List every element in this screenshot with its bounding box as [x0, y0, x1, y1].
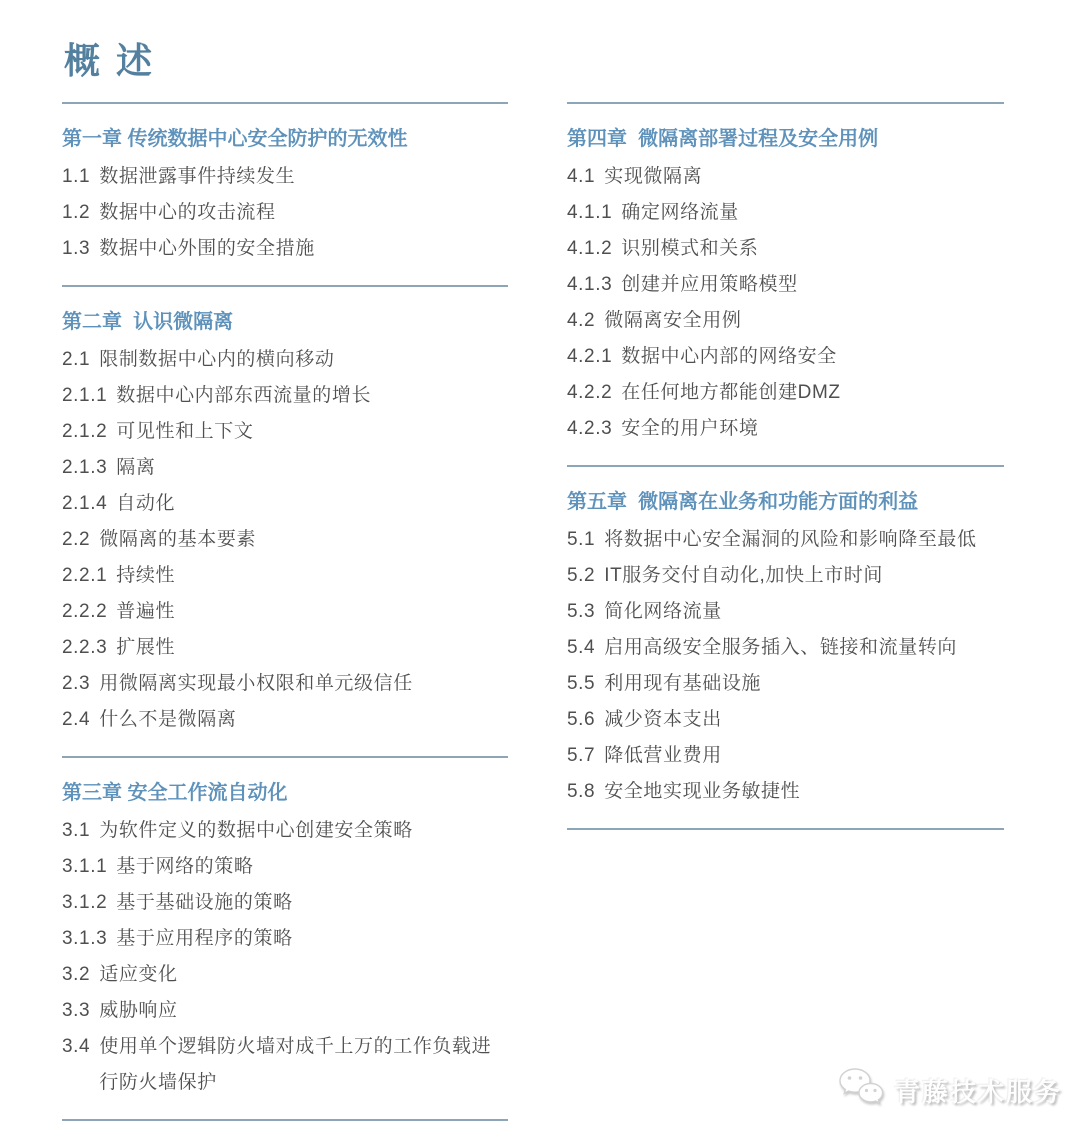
toc-item-number: 3.1 [62, 813, 90, 849]
toc-item-text: 威胁响应 [99, 993, 508, 1029]
toc-item-number: 3.2 [62, 957, 90, 993]
section-divider [62, 1119, 508, 1121]
toc-item-text: 将数据中心安全漏洞的风险和影响降至最低 [604, 522, 1004, 558]
toc-item: 3.1.1基于网络的策略 [62, 849, 508, 885]
chapter-5: 第五章 微隔离在业务和功能方面的利益5.1将数据中心安全漏洞的风险和影响降至最低… [567, 489, 1004, 830]
toc-item-text: 数据中心的攻击流程 [99, 195, 508, 231]
toc-item-number: 4.1.3 [567, 267, 612, 303]
toc-item-number: 1.2 [62, 195, 90, 231]
right-column-chapters: 第四章 微隔离部署过程及安全用例4.1实现微隔离4.1.1确定网络流量4.1.2… [567, 126, 1004, 830]
toc-item-text: 扩展性 [116, 630, 508, 666]
toc-item-text: 限制数据中心内的横向移动 [99, 342, 508, 378]
toc-item-text: 安全地实现业务敏捷性 [604, 774, 1004, 810]
toc-item-number: 3.4 [62, 1029, 90, 1101]
toc-item: 4.2.1数据中心内部的网络安全 [567, 339, 1004, 375]
toc-item-text: 什么不是微隔离 [99, 702, 508, 738]
chapter-title: 第二章 认识微隔离 [62, 309, 508, 336]
toc-item-number: 4.2 [567, 303, 595, 339]
toc-right-column: 第四章 微隔离部署过程及安全用例4.1实现微隔离4.1.1确定网络流量4.1.2… [567, 102, 1004, 830]
toc-item: 5.7降低营业费用 [567, 738, 1004, 774]
brand-name: 青藤技术服务 [894, 1072, 1062, 1109]
toc-item: 4.2.2在任何地方都能创建DMZ [567, 375, 1004, 411]
wechat-icon [838, 1067, 884, 1114]
toc-item: 3.4使用单个逻辑防火墙对成千上万的工作负载进行防火墙保护 [62, 1029, 508, 1101]
toc-item-number: 5.1 [567, 522, 595, 558]
toc-item-number: 1.1 [62, 159, 90, 195]
toc-item-text: 实现微隔离 [604, 159, 1004, 195]
toc-item-text: 利用现有基础设施 [604, 666, 1004, 702]
toc-item-number: 5.2 [567, 558, 595, 594]
toc-item-number: 4.1 [567, 159, 595, 195]
toc-item: 1.3数据中心外围的安全措施 [62, 231, 508, 267]
toc-item-text: 使用单个逻辑防火墙对成千上万的工作负载进行防火墙保护 [99, 1029, 508, 1101]
toc-item-text: 简化网络流量 [604, 594, 1004, 630]
toc-item-text: 安全的用户环境 [621, 411, 1004, 447]
toc-item: 2.1.4自动化 [62, 486, 508, 522]
toc-item-number: 4.2.3 [567, 411, 612, 447]
toc-item-text: 数据中心外围的安全措施 [99, 231, 508, 267]
toc-item-text: 持续性 [116, 558, 508, 594]
toc-item-number: 2.2 [62, 522, 90, 558]
chapter-title: 第五章 微隔离在业务和功能方面的利益 [567, 489, 1004, 516]
toc-item: 5.5利用现有基础设施 [567, 666, 1004, 702]
toc-item-number: 2.1 [62, 342, 90, 378]
toc-item-text: 降低营业费用 [604, 738, 1004, 774]
toc-item: 2.3用微隔离实现最小权限和单元级信任 [62, 666, 508, 702]
toc-item: 2.1限制数据中心内的横向移动 [62, 342, 508, 378]
toc-item: 3.3威胁响应 [62, 993, 508, 1029]
chapter-title: 第四章 微隔离部署过程及安全用例 [567, 126, 1004, 153]
toc-item-number: 5.7 [567, 738, 595, 774]
toc-item: 1.1数据泄露事件持续发生 [62, 159, 508, 195]
page-title: 概 述 [64, 38, 1080, 84]
toc-item: 4.2.3安全的用户环境 [567, 411, 1004, 447]
toc-item-text: 基于网络的策略 [116, 849, 508, 885]
toc-item-text: 减少资本支出 [604, 702, 1004, 738]
toc-item-number: 5.3 [567, 594, 595, 630]
toc-item: 4.2微隔离安全用例 [567, 303, 1004, 339]
chapter-1: 第一章 传统数据中心安全防护的无效性1.1数据泄露事件持续发生1.2数据中心的攻… [62, 126, 508, 287]
toc-item-number: 5.8 [567, 774, 595, 810]
section-divider [567, 465, 1004, 467]
toc-item-number: 2.1.3 [62, 450, 107, 486]
left-column-top-divider [62, 102, 508, 104]
toc-item-number: 2.4 [62, 702, 90, 738]
toc-item-number: 4.1.1 [567, 195, 612, 231]
toc-item-number: 4.2.1 [567, 339, 612, 375]
toc-item: 4.1.3创建并应用策略模型 [567, 267, 1004, 303]
toc-item: 2.2.1持续性 [62, 558, 508, 594]
toc-left-column: 第一章 传统数据中心安全防护的无效性1.1数据泄露事件持续发生1.2数据中心的攻… [62, 102, 508, 1121]
toc-item: 5.3简化网络流量 [567, 594, 1004, 630]
toc-item-text: 隔离 [116, 450, 508, 486]
toc-item-number: 3.1.1 [62, 849, 107, 885]
toc-item: 4.1实现微隔离 [567, 159, 1004, 195]
toc-item: 3.1为软件定义的数据中心创建安全策略 [62, 813, 508, 849]
toc-item-number: 3.1.3 [62, 921, 107, 957]
toc-item-text: 普遍性 [116, 594, 508, 630]
toc-item-text: 确定网络流量 [621, 195, 1004, 231]
left-column-chapters: 第一章 传统数据中心安全防护的无效性1.1数据泄露事件持续发生1.2数据中心的攻… [62, 126, 508, 1121]
section-divider [567, 828, 1004, 830]
toc-item-text: 基于基础设施的策略 [116, 885, 508, 921]
toc-item: 5.8安全地实现业务敏捷性 [567, 774, 1004, 810]
toc-item-number: 3.1.2 [62, 885, 107, 921]
toc-item-text: 识别模式和关系 [621, 231, 1004, 267]
toc-item: 4.1.1确定网络流量 [567, 195, 1004, 231]
toc-item-text: 数据泄露事件持续发生 [99, 159, 508, 195]
toc-item-text: 用微隔离实现最小权限和单元级信任 [99, 666, 508, 702]
toc-item: 4.1.2识别模式和关系 [567, 231, 1004, 267]
toc-item-text: 微隔离的基本要素 [99, 522, 508, 558]
toc-item: 2.2.2普遍性 [62, 594, 508, 630]
toc-item: 3.2适应变化 [62, 957, 508, 993]
toc-item: 5.2IT服务交付自动化,加快上市时间 [567, 558, 1004, 594]
toc-item-number: 2.2.1 [62, 558, 107, 594]
toc-item: 1.2数据中心的攻击流程 [62, 195, 508, 231]
toc-item: 5.1将数据中心安全漏洞的风险和影响降至最低 [567, 522, 1004, 558]
chapter-3: 第三章 安全工作流自动化3.1为软件定义的数据中心创建安全策略3.1.1基于网络… [62, 780, 508, 1121]
toc-item: 3.1.2基于基础设施的策略 [62, 885, 508, 921]
toc-item: 2.1.2可见性和上下文 [62, 414, 508, 450]
toc-item-number: 2.2.3 [62, 630, 107, 666]
toc-item-number: 2.1.4 [62, 486, 107, 522]
toc-item-text: 适应变化 [99, 957, 508, 993]
toc-item-text: 自动化 [116, 486, 508, 522]
toc-item-text: 启用高级安全服务插入、链接和流量转向 [604, 630, 1004, 666]
toc-item-number: 5.6 [567, 702, 595, 738]
toc-item: 5.4启用高级安全服务插入、链接和流量转向 [567, 630, 1004, 666]
toc-item-text: 数据中心内部的网络安全 [621, 339, 1004, 375]
toc-item: 3.1.3基于应用程序的策略 [62, 921, 508, 957]
toc-item: 2.2微隔离的基本要素 [62, 522, 508, 558]
brand-watermark: 青藤技术服务 [838, 1067, 1062, 1114]
toc-item-number: 4.1.2 [567, 231, 612, 267]
toc-item-number: 5.4 [567, 630, 595, 666]
toc-item-text: 可见性和上下文 [116, 414, 508, 450]
toc-item-text: 微隔离安全用例 [604, 303, 1004, 339]
section-divider [62, 285, 508, 287]
toc-item-text: 创建并应用策略模型 [621, 267, 1004, 303]
right-column-top-divider [567, 102, 1004, 104]
toc-item-text: IT服务交付自动化,加快上市时间 [604, 558, 1004, 594]
toc-item-number: 1.3 [62, 231, 90, 267]
toc-item-number: 3.3 [62, 993, 90, 1029]
toc-item-text: 基于应用程序的策略 [116, 921, 508, 957]
toc-item: 5.6减少资本支出 [567, 702, 1004, 738]
toc-item-text: 为软件定义的数据中心创建安全策略 [99, 813, 508, 849]
toc-item-number: 5.5 [567, 666, 595, 702]
chapter-2: 第二章 认识微隔离2.1限制数据中心内的横向移动2.1.1数据中心内部东西流量的… [62, 309, 508, 758]
section-divider [62, 756, 508, 758]
toc-item: 2.2.3扩展性 [62, 630, 508, 666]
toc-content: 概 述 第一章 传统数据中心安全防护的无效性1.1数据泄露事件持续发生1.2数据… [0, 0, 1080, 1121]
toc-page: 概 述 第一章 传统数据中心安全防护的无效性1.1数据泄露事件持续发生1.2数据… [0, 0, 1080, 1148]
toc-columns: 第一章 传统数据中心安全防护的无效性1.1数据泄露事件持续发生1.2数据中心的攻… [62, 102, 1080, 1121]
toc-item: 2.1.1数据中心内部东西流量的增长 [62, 378, 508, 414]
toc-item: 2.4什么不是微隔离 [62, 702, 508, 738]
toc-item-number: 2.1.2 [62, 414, 107, 450]
chapter-4: 第四章 微隔离部署过程及安全用例4.1实现微隔离4.1.1确定网络流量4.1.2… [567, 126, 1004, 467]
chapter-title: 第一章 传统数据中心安全防护的无效性 [62, 126, 508, 153]
toc-item: 2.1.3隔离 [62, 450, 508, 486]
toc-item-number: 2.3 [62, 666, 90, 702]
chapter-title: 第三章 安全工作流自动化 [62, 780, 508, 807]
toc-item-text: 数据中心内部东西流量的增长 [116, 378, 508, 414]
toc-item-number: 4.2.2 [567, 375, 612, 411]
toc-item-text: 在任何地方都能创建DMZ [621, 375, 1004, 411]
toc-item-number: 2.1.1 [62, 378, 107, 414]
toc-item-number: 2.2.2 [62, 594, 107, 630]
